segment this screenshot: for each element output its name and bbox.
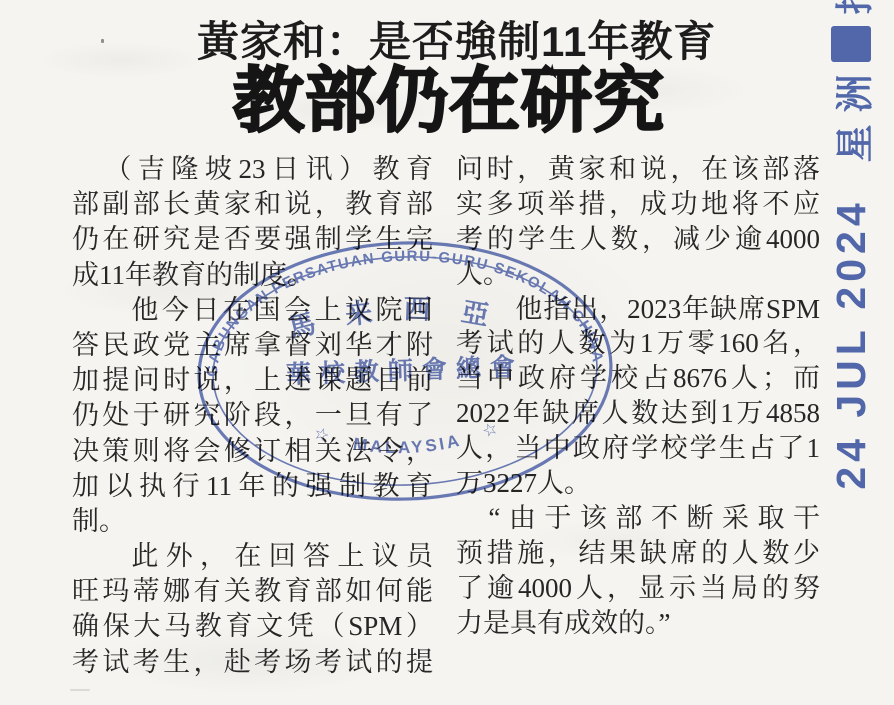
date-stamp-paper-char: 星 [824,124,879,162]
headline-kicker: 黃家和：是否強制11年教育 [197,18,717,66]
date-stamp-date: 24 JUL 2024 [828,198,875,489]
article-line: 此外，在回答上议员 [72,539,433,574]
article-line: （吉隆坡23日讯）教育 [72,152,433,187]
date-stamp: 24 JUL 2024 星 洲 日 报 [815,5,887,455]
article-line: “由于该部不断采取干 [456,501,820,536]
article-line: 旺玛蒂娜有关教育部如何能 [72,574,433,609]
article-line: 问时，黄家和说，在该部落 [456,152,820,187]
stamp-inner-arc-text: 馬来西亞 [285,290,522,344]
stamp-ring-text-bottom: ☆ MALAYSIA ☆ [311,417,505,461]
date-stamp-paper-char: 报 [824,0,879,14]
article-line: 确保大马教育文凭（SPM） [72,609,433,644]
article-line: 预措施，结果缺席的人数少 [456,536,820,571]
article-line: 部副部长黄家和说，教育部 [72,187,433,222]
paper-speck [101,39,104,43]
headline-main: 教部仍在研究 [233,62,673,142]
association-oval-stamp: GABUNGAN PERSATUAN GURU-GURU SEKOLAH CHI… [187,231,622,512]
article-line: 力是具有成效的。” [456,606,820,641]
paper-speck [70,689,90,691]
date-stamp-paper-char: 洲 [824,74,879,112]
article-line: 实多项举措，成功地将不应 [456,187,820,222]
stamp-inner-row-text: 華校教師會總會 [286,352,525,389]
article-line: 了逾4000人，显示当局的努 [456,571,820,606]
newspaper-clipping: 黃家和：是否強制11年教育 教部仍在研究 （吉隆坡23日讯）教育 部副部长黄家和… [0,0,894,705]
date-stamp-paper-char-inked: 日 [831,26,871,62]
article-line: 考试考生，赴考场考试的提 [72,645,433,680]
